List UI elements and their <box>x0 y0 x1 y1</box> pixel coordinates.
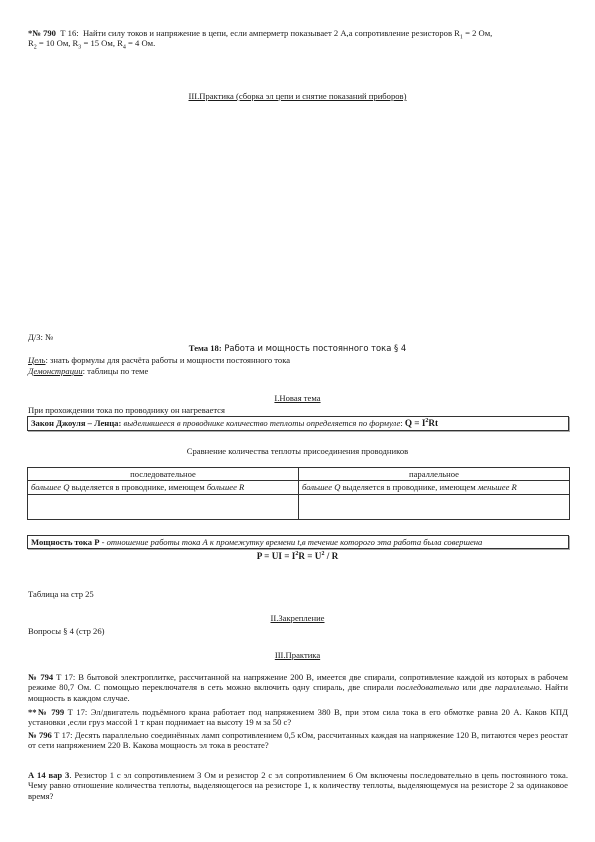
cell-italic: большее R <box>207 482 244 492</box>
table-row-empty <box>28 494 570 519</box>
power-formula: P = UI = I2R = U2 / R <box>0 551 595 562</box>
cell-text: выделяется в проводнике, имеющем <box>340 482 477 492</box>
task-topic: Т 17: <box>52 730 75 740</box>
task-text: = 15 Ом, R <box>81 38 123 48</box>
task-italic: параллельно <box>495 682 540 692</box>
demo-line: Демонстрации: таблицы по теме <box>28 366 148 376</box>
task-text: = 4 Ом. <box>126 38 155 48</box>
demo-label: Демонстрации <box>28 366 83 376</box>
task-topic: Т 16: <box>60 28 78 38</box>
formula-part: Q = I <box>405 418 426 428</box>
cell-text: выделяется в проводнике, имеющем <box>69 482 206 492</box>
questions-text: Вопросы § 4 (стр 26) <box>28 626 105 636</box>
task-a14: А 14 вар 3. Резистор 1 с эл сопротивлени… <box>28 770 568 801</box>
task-text: или две <box>459 682 495 692</box>
topic-title: Тема 18: Работа и мощность постоянного т… <box>0 343 595 353</box>
task-799: **№ 799 Т 17: Эл/двигатель подъёмного кр… <box>28 707 568 728</box>
law-label: Закон Джоуля – Ленца: <box>31 418 121 428</box>
task-796: № 796 Т 17: Десять параллельно соединённ… <box>28 730 568 751</box>
cell-empty <box>299 494 570 519</box>
task-text: . Резистор 1 с эл сопротивлением 3 Ом и … <box>28 770 568 801</box>
topic-name: Работа и мощность постоянного тока § 4 <box>222 343 406 353</box>
task-number: **№ 799 <box>28 707 64 717</box>
task-text: = 10 Ом, R <box>37 38 79 48</box>
formula-part: P = UI = I <box>257 551 296 561</box>
topic-label: Тема 18: <box>189 343 222 353</box>
homework-label: Д/З: № <box>28 332 53 342</box>
task-790: *№ 790 Т 16: Найти силу токов и напряжен… <box>28 28 568 49</box>
comparison-table: последовательное параллельное большее Q … <box>27 467 570 520</box>
power-label: Мощность тока Р <box>31 537 99 547</box>
task-text: Десять параллельно соединённых ламп сопр… <box>28 730 568 750</box>
cell-series: большее Q выделяется в проводнике, имеющ… <box>28 481 299 494</box>
cell-parallel: большее Q выделяется в проводнике, имеющ… <box>299 481 570 494</box>
goal-line: Цель: знать формулы для расчёта работы и… <box>28 355 290 365</box>
demo-text: : таблицы по теме <box>83 366 149 376</box>
law-formula: Q = I2Rt <box>405 418 438 428</box>
task-text: = 2 Ом, <box>463 28 492 38</box>
section-heading-reinforcement: II.Закрепление <box>0 613 595 623</box>
section-heading-practice-assembly: III.Практика (сборка эл цепи и снятие по… <box>0 91 595 101</box>
goal-text: : знать формулы для расчёта работы и мощ… <box>45 355 290 365</box>
cell-italic: большее Q <box>302 482 340 492</box>
section-heading-new-topic: I.Новая тема <box>0 393 595 403</box>
table-header-row: последовательное параллельное <box>28 468 570 481</box>
header-parallel: параллельное <box>299 468 570 481</box>
task-text: Найти силу токов и напряжение в цепи, ес… <box>83 28 460 38</box>
goal-label: Цель <box>28 355 45 365</box>
task-number: А 14 вар 3 <box>28 770 69 780</box>
task-number: № 796 <box>28 730 52 740</box>
table-reference: Таблица на стр 25 <box>28 589 94 599</box>
law-text: выделившееся в проводнике количество теп… <box>121 418 400 428</box>
power-text: - отношение работы тока А к промежутку в… <box>99 537 482 547</box>
task-794: № 794 Т 17: В бытовой электроплитке, рас… <box>28 672 568 703</box>
joule-lenz-law-box: Закон Джоуля – Ленца: выделившееся в про… <box>27 416 569 431</box>
formula-part: R = U <box>298 551 321 561</box>
section-heading-practice: III.Практика <box>0 650 595 660</box>
task-italic: последовательно <box>397 682 460 692</box>
comparison-title: Сравнение количества теплоты присоединен… <box>0 446 595 456</box>
task-text: Эл/двигатель подъёмного крана работает п… <box>28 707 568 727</box>
task-number: *№ 790 <box>28 28 56 38</box>
task-topic: Т 17: <box>53 672 78 682</box>
formula-part: Rt <box>428 418 438 428</box>
formula-part: / R <box>324 551 338 561</box>
heating-text: При прохождении тока по проводнику он на… <box>28 405 225 415</box>
cell-italic: большее Q <box>31 482 69 492</box>
task-number: № 794 <box>28 672 53 682</box>
cell-italic: меньшее R <box>478 482 517 492</box>
power-definition-box: Мощность тока Р - отношение работы тока … <box>27 535 569 549</box>
task-topic: Т 17: <box>64 707 91 717</box>
table-row: большее Q выделяется в проводнике, имеющ… <box>28 481 570 494</box>
header-series: последовательное <box>28 468 299 481</box>
cell-empty <box>28 494 299 519</box>
